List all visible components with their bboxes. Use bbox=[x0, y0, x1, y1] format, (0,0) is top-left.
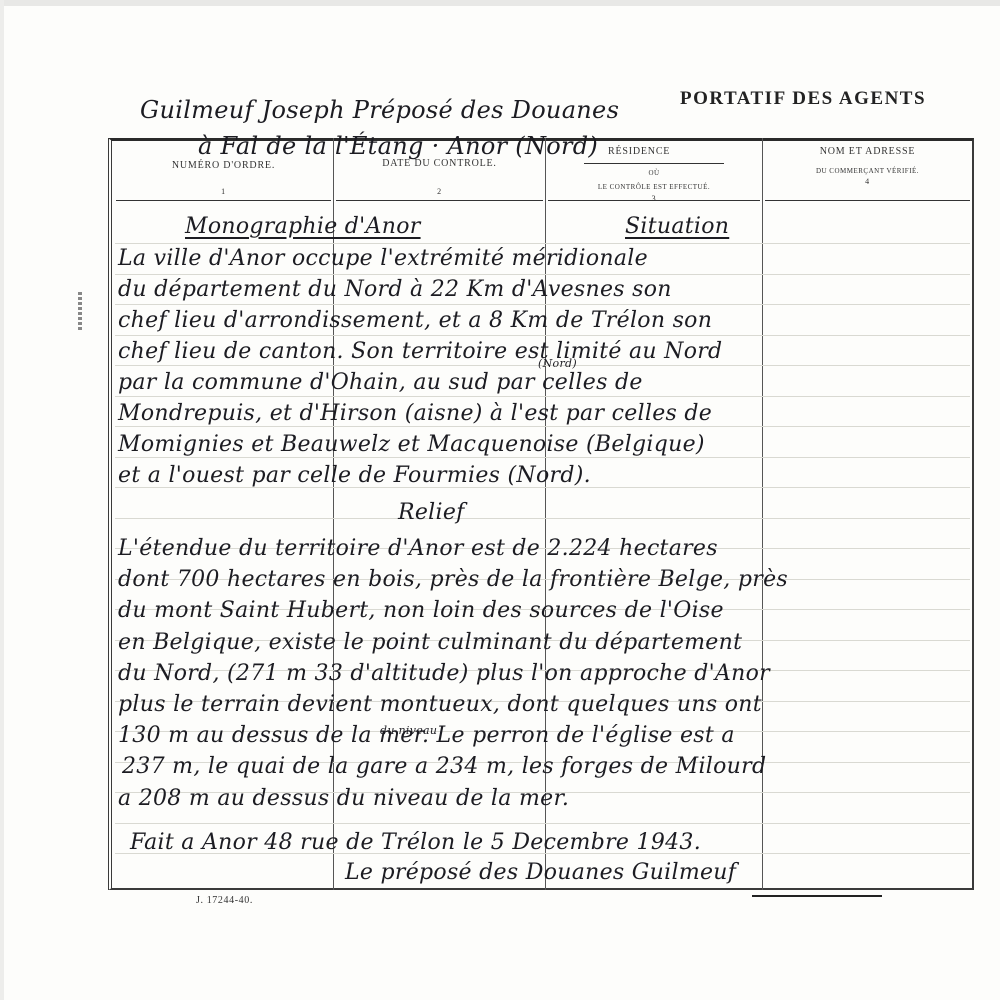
form-code: J. 17244-40. bbox=[196, 895, 253, 906]
text-line: du mont Saint Hubert, non loin des sourc… bbox=[118, 598, 724, 623]
annotation-nord: (Nord) bbox=[538, 357, 577, 370]
column-header-label: NUMÉRO D'ORDRE. bbox=[116, 160, 331, 171]
ruled-line bbox=[115, 335, 970, 336]
closing-line: Fait a Anor 48 rue de Trélon le 5 Decemb… bbox=[130, 830, 701, 855]
ruled-line bbox=[115, 396, 970, 397]
signature-underline bbox=[752, 895, 882, 897]
ruled-line bbox=[115, 823, 970, 824]
column-header-order-number: NUMÉRO D'ORDRE. 1 bbox=[116, 160, 331, 196]
text-line: Momignies et Beauwelz et Macquenoise (Be… bbox=[118, 432, 705, 457]
signature-line: Le préposé des Douanes Guilmeuf bbox=[345, 860, 736, 885]
column-header-sub: OÙ LE CONTRÔLE EST EFFECTUÉ. bbox=[548, 166, 760, 194]
header-rule bbox=[765, 200, 970, 201]
section-heading-situation: Situation bbox=[625, 214, 729, 239]
column-header-control-date: DATE DU CONTROLE. 2 bbox=[336, 158, 543, 196]
text-line: et a l'ouest par celle de Fourmies (Nord… bbox=[118, 463, 591, 488]
ruled-line bbox=[115, 274, 970, 275]
text-line: chef lieu de canton. Son territoire est … bbox=[118, 339, 722, 364]
header-rule bbox=[116, 200, 331, 201]
text-line: a 208 m au dessus du niveau de la mer. bbox=[118, 786, 569, 811]
text-line: du département du Nord à 22 Km d'Avesnes… bbox=[118, 277, 672, 302]
document-page: PORTATIF DES AGENTS Guilmeuf Joseph Prép… bbox=[0, 0, 1000, 1000]
text-line: La ville d'Anor occupe l'extrémité mérid… bbox=[118, 246, 648, 271]
text-line: L'étendue du territoire d'Anor est de 2.… bbox=[118, 536, 718, 561]
ruled-line bbox=[115, 426, 970, 427]
column-number: 4 bbox=[765, 177, 970, 186]
scan-edge-left bbox=[0, 0, 4, 1000]
author-line: Guilmeuf Joseph Préposé des Douanes bbox=[140, 96, 619, 124]
header-rule bbox=[336, 200, 543, 201]
annotation-du-niveau: du niveau bbox=[380, 724, 437, 737]
column-header-label: NOM ET ADRESSE bbox=[765, 146, 970, 157]
column-header-name-address: NOM ET ADRESSE DU COMMERÇANT VÉRIFIÉ. 4 bbox=[765, 146, 970, 186]
text-line: plus le terrain devient montueux, dont q… bbox=[118, 692, 762, 717]
ruled-line bbox=[115, 457, 970, 458]
form-title: PORTATIF DES AGENTS bbox=[680, 88, 926, 110]
column-number: 3 bbox=[548, 194, 760, 203]
header-arrow-rule bbox=[584, 163, 724, 164]
text-line: dont 700 hectares en bois, près de la fr… bbox=[118, 567, 788, 592]
margin-mark bbox=[78, 292, 82, 332]
text-line: par la commune d'Ohain, au sud par celle… bbox=[118, 370, 643, 395]
location-line: à Fal de la l'Étang · Anor (Nord) bbox=[198, 132, 598, 160]
monograph-title: Monographie d'Anor bbox=[185, 214, 421, 239]
text-line: du Nord, (271 m 33 d'altitude) plus l'on… bbox=[118, 661, 770, 686]
ruled-line bbox=[115, 243, 970, 244]
scan-edge-top bbox=[0, 0, 1000, 6]
ruled-line bbox=[115, 518, 970, 519]
section-heading-relief: Relief bbox=[398, 500, 465, 525]
text-line: 237 m, le quai de la gare a 234 m, les f… bbox=[122, 754, 766, 779]
text-line: Mondrepuis, et d'Hirson (aisne) à l'est … bbox=[118, 401, 712, 426]
column-header-sub: DU COMMERÇANT VÉRIFIÉ. bbox=[765, 167, 970, 175]
text-line: en Belgique, existe le point culminant d… bbox=[118, 630, 742, 655]
text-line: chef lieu d'arrondissement, et a 8 Km de… bbox=[118, 308, 712, 333]
ruled-line bbox=[115, 304, 970, 305]
column-number: 1 bbox=[116, 187, 331, 196]
column-number: 2 bbox=[336, 187, 543, 196]
